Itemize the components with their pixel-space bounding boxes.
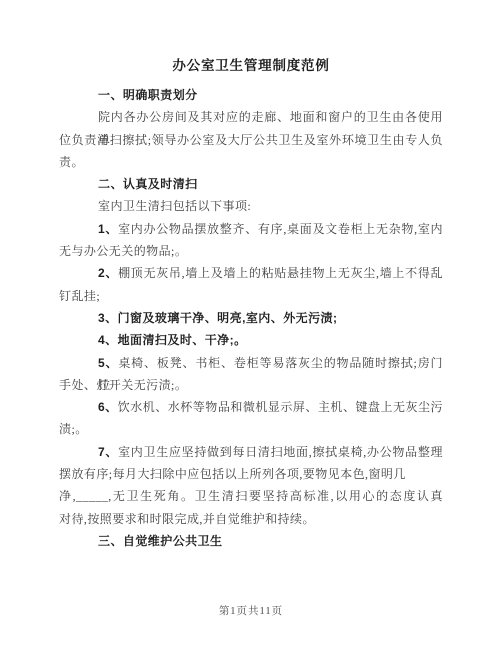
page-footer: 第1页共11页 [0, 603, 502, 618]
paragraph-line: 钉乱挂; [59, 285, 443, 307]
section-heading-3: 三、自觉维护公共卫生 [59, 530, 443, 552]
paragraph-line: 摆放有序;每月大扫除中应包括以上所列各项,要物见本色,窗明几 [59, 463, 443, 485]
paragraph-line: 责。 [59, 151, 443, 173]
item-number: 1、 [98, 222, 118, 236]
paragraph-line: 位负责清扫擦拭;领导办公室及大厅公共卫生及室外环境卫生由专人负 [59, 129, 443, 151]
list-item-1: 1、室内办公物品摆放整齐、有序,桌面及文卷柜上无杂物,室内 [59, 218, 443, 240]
list-item-5: 5、桌椅、板凳、书柜、卷柜等易落灰尘的物品随时擦拭;房门拉 [59, 352, 443, 374]
section-heading-1: 一、明确职责划分 [59, 84, 443, 106]
document-page: 办公室卫生管理制度范例 一、明确职责划分 院内各办公房间及其对应的走廊、地面和窗… [0, 0, 502, 649]
line-text: 棚顶无灰吊,墙上及墙上的粘贴悬挂物上无灰尘,墙上不得乱 [118, 266, 443, 280]
paragraph-line: 院内各办公房间及其对应的走廊、地面和窗户的卫生由各使用单 [59, 106, 443, 128]
item-number: 5、 [98, 356, 118, 370]
list-item-2: 2、棚顶无灰吊,墙上及墙上的粘贴悬挂物上无灰尘,墙上不得乱 [59, 262, 443, 284]
list-item-3: 3、门窗及玻璃干净、明亮,室内、外无污渍; [59, 307, 443, 329]
list-item-6: 6、饮水机、水杯等物品和微机显示屏、主机、键盘上无灰尘污 [59, 396, 443, 418]
paragraph-line: 净,_____,无卫生死角。卫生清扫要坚持高标准,以用心的态度认真 [59, 485, 443, 507]
list-item-7: 7、室内卫生应坚持做到每日清扫地面,擦拭桌椅,办公物品整理 [59, 441, 443, 463]
line-text: 室内卫生应坚持做到每日清扫地面,擦拭桌椅,办公物品整理 [118, 445, 443, 459]
document-title: 办公室卫生管理制度范例 [0, 54, 502, 78]
page-number: 第1页共11页 [219, 606, 283, 617]
document-body: 一、明确职责划分 院内各办公房间及其对应的走廊、地面和窗户的卫生由各使用单 位负… [59, 84, 443, 552]
line-text: 饮水机、水杯等物品和微机显示屏、主机、键盘上无灰尘污 [118, 400, 443, 414]
paragraph-line: 手处、灯开关无污渍;。 [59, 374, 443, 396]
item-number: 7、 [98, 445, 118, 459]
item-number: 6、 [98, 400, 118, 414]
paragraph-line: 室内卫生清扫包括以下事项: [59, 195, 443, 217]
item-number: 2、 [98, 266, 118, 280]
section-heading-2: 二、认真及时清扫 [59, 173, 443, 195]
paragraph-line: 对待,按照要求和时限完成,并自觉维护和持续。 [59, 508, 443, 530]
paragraph-line: 渍;。 [59, 418, 443, 440]
paragraph-line: 无与办公无关的物品;。 [59, 240, 443, 262]
list-item-4: 4、地面清扫及时、干净;。 [59, 329, 443, 351]
line-text: 室内办公物品摆放整齐、有序,桌面及文卷柜上无杂物,室内 [118, 222, 443, 236]
